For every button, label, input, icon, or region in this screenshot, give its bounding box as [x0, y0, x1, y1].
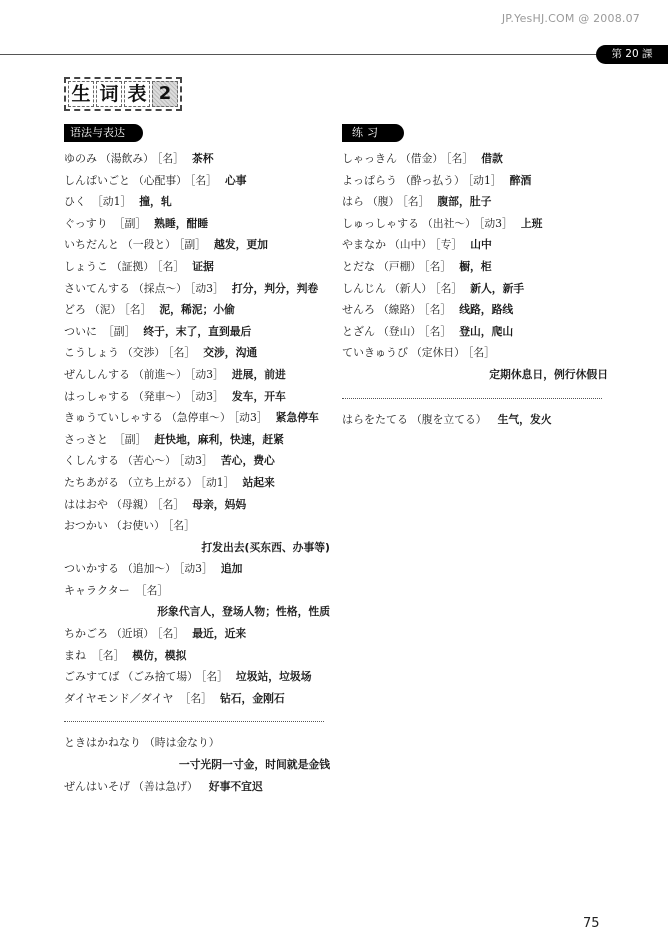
vocab-entry: ちかごろ（近頃）［名］最近，近来 — [64, 623, 334, 645]
entry-part-of-speech: ［名］ — [201, 670, 228, 683]
section-badge-practice: 练习 — [342, 124, 404, 142]
entry-meaning: 赶快地，麻利，快速，赶紧 — [154, 433, 284, 446]
entry-reading: ていきゅうび — [342, 346, 408, 359]
entry-meaning: 泥，稀泥；小偷 — [159, 303, 235, 316]
entry-reading: しんじん — [342, 282, 386, 295]
entry-meaning: 一寸光阴一寸金，时间就是金钱 — [179, 758, 330, 771]
dotted-divider — [342, 388, 602, 399]
entry-reading: はっしゃする — [64, 390, 130, 403]
phrase-list-left: ときはかねなり（時は金なり）一寸光阴一寸金，时间就是金钱ぜんはいそげ（善は急げ）… — [64, 732, 334, 797]
entry-kanji: （追加～） — [122, 562, 176, 575]
vocab-entry: ぐっすり［副］熟睡，酣睡 — [64, 213, 334, 235]
entry-reading: くしんする — [64, 454, 119, 467]
entry-part-of-speech: ［动3］ — [179, 454, 213, 467]
vocab-entry: まね［名］模仿，模拟 — [64, 645, 334, 667]
entry-continuation: 定期休息日，例行休假日 — [342, 364, 612, 386]
vocab-entry: はらをたてる（腹を立てる）生气，发火 — [342, 409, 612, 431]
vocab-entry: ゆのみ（湯飲み）［名］茶杯 — [64, 148, 334, 170]
entry-meaning: 追加 — [221, 562, 243, 575]
page-title: 生 词 表 2 — [64, 77, 182, 111]
vocab-entry: ごみすてば（ごみ捨て場）［名］垃圾站，垃圾场 — [64, 666, 334, 688]
entry-meaning: 醉酒 — [510, 174, 532, 187]
entry-meaning: 最近，近来 — [192, 627, 246, 640]
entry-meaning: 定期休息日，例行休假日 — [489, 368, 608, 381]
entry-meaning: 线路，路线 — [459, 303, 513, 316]
title-number: 2 — [152, 81, 178, 107]
entry-reading: おつかい — [64, 519, 108, 532]
vocab-entry: どろ（泥）［名］泥，稀泥；小偷 — [64, 299, 334, 321]
vocab-entry: こうしょう（交渉）［名］交涉，沟通 — [64, 342, 334, 364]
dotted-divider — [64, 711, 324, 722]
entry-kanji: （急停車～） — [166, 411, 231, 424]
entry-kanji: （証拠） — [111, 260, 154, 273]
entry-kanji: （母親） — [111, 498, 154, 511]
entry-kanji: （山中） — [389, 238, 432, 251]
entry-part-of-speech: ［名］ — [424, 260, 451, 273]
entry-part-of-speech: ［动1］ — [201, 476, 235, 489]
entry-part-of-speech: ［名］ — [468, 346, 495, 359]
entry-part-of-speech: ［动1］ — [92, 195, 131, 208]
entry-kanji: （交渉） — [122, 346, 165, 359]
entry-meaning: 母亲，妈妈 — [192, 498, 246, 511]
entry-reading: ついに — [64, 325, 97, 338]
entry-meaning: 撞，轧 — [139, 195, 171, 208]
entry-part-of-speech: ［名］ — [136, 584, 168, 597]
entry-meaning: 新人，新手 — [470, 282, 524, 295]
entry-meaning: 借款 — [481, 152, 503, 165]
entry-meaning: 山中 — [470, 238, 492, 251]
vocab-entry: ついかする（追加～）［动3］追加 — [64, 558, 334, 580]
entry-kanji: （採点～） — [133, 282, 187, 295]
entry-continuation: 一寸光阴一寸金，时间就是金钱 — [64, 754, 334, 776]
entry-reading: ははおや — [64, 498, 108, 511]
entry-reading: ぐっすり — [64, 217, 108, 230]
vocab-entry: キャラクター［名］ — [64, 580, 334, 602]
title-char: 表 — [124, 81, 150, 107]
vocab-entry: ぜんはいそげ（善は急げ）好事不宜迟 — [64, 776, 334, 798]
entry-continuation: 形象代言人，登场人物；性格，性质 — [64, 601, 334, 623]
vocab-entry: さいてんする（採点～）［动3］打分，判分，判卷 — [64, 278, 334, 300]
entry-reading: どろ — [64, 303, 86, 316]
entry-meaning: 心事 — [225, 174, 247, 187]
entry-reading: しょうこ — [64, 260, 108, 273]
entry-part-of-speech: ［动3］ — [190, 282, 224, 295]
vocab-entry: はら（腹）［名］腹部，肚子 — [342, 191, 612, 213]
entry-part-of-speech: ［名］ — [157, 627, 184, 640]
phrase-list-right: はらをたてる（腹を立てる）生气，发火 — [342, 409, 612, 431]
vocab-entry: しんぱいごと（心配事）［名］心事 — [64, 170, 334, 192]
vocab-entry: しんじん（新人）［名］新人，新手 — [342, 278, 612, 300]
vocab-entry: いちだんと（一段と）［副］越发，更加 — [64, 234, 334, 256]
entry-part-of-speech: ［副］ — [114, 217, 146, 230]
entry-meaning: 打发出去(买东西、办事等) — [201, 541, 330, 554]
entry-reading: はらをたてる — [342, 413, 408, 426]
entry-part-of-speech: ［名］ — [424, 303, 451, 316]
vocab-entry: しゅっしゃする（出社～）［动3］上班 — [342, 213, 612, 235]
entry-part-of-speech: ［名］ — [190, 174, 217, 187]
vocab-entry: ときはかねなり（時は金なり） — [64, 732, 334, 754]
header-rule — [0, 54, 600, 55]
entry-part-of-speech: ［副］ — [103, 325, 135, 338]
entry-reading: しんぱいごと — [64, 174, 130, 187]
entry-part-of-speech: ［副］ — [114, 433, 146, 446]
entry-part-of-speech: ［名］ — [157, 498, 184, 511]
entry-part-of-speech: ［动3］ — [190, 390, 224, 403]
entry-part-of-speech: ［名］ — [435, 282, 462, 295]
entry-meaning: 钻石，金刚石 — [220, 692, 285, 705]
entry-reading: ごみすてば — [64, 670, 119, 683]
entry-part-of-speech: ［副］ — [179, 238, 206, 251]
entry-meaning: 上班 — [521, 217, 543, 230]
vocab-entry: ていきゅうび（定休日）［名］ — [342, 342, 612, 364]
entry-kanji: （泥） — [89, 303, 121, 316]
entry-part-of-speech: ［动3］ — [479, 217, 513, 230]
entry-kanji: （お使い） — [111, 519, 165, 532]
entry-part-of-speech: ［名］ — [168, 346, 195, 359]
entry-reading: ダイヤモンド／ダイヤ — [64, 692, 174, 705]
entry-reading: はら — [342, 195, 364, 208]
vocab-entry: たちあがる（立ち上がる）［动1］站起来 — [64, 472, 334, 494]
vocab-entry: ははおや（母親）［名］母亲，妈妈 — [64, 494, 334, 516]
entry-part-of-speech: ［名］ — [402, 195, 429, 208]
entry-meaning: 茶杯 — [192, 152, 214, 165]
watermark: JP.YesHJ.COM @ 2008.07 — [502, 12, 640, 25]
entry-kanji: （時は金なり） — [144, 736, 220, 749]
entry-reading: さっさと — [64, 433, 108, 446]
entry-meaning: 腹部，肚子 — [437, 195, 491, 208]
entry-part-of-speech: ［专］ — [435, 238, 462, 251]
entry-kanji: （酔っ払う） — [400, 174, 465, 187]
entry-part-of-speech: ［动3］ — [179, 562, 213, 575]
entry-kanji: （腹） — [367, 195, 399, 208]
entry-part-of-speech: ［名］ — [92, 649, 124, 662]
title-char: 生 — [68, 81, 94, 107]
entry-reading: さいてんする — [64, 282, 130, 295]
entry-reading: よっぱらう — [342, 174, 397, 187]
vocab-entry: せんろ（線路）［名］线路，路线 — [342, 299, 612, 321]
vocab-entry: しょうこ（証拠）［名］证据 — [64, 256, 334, 278]
entry-meaning: 生气，发火 — [498, 413, 552, 426]
entry-kanji: （善は急げ） — [133, 780, 198, 793]
entry-reading: たちあがる — [64, 476, 119, 489]
entry-continuation: 打发出去(买东西、办事等) — [64, 537, 334, 559]
vocab-entry: とざん（登山）［名］登山，爬山 — [342, 321, 612, 343]
entry-meaning: 站起来 — [242, 476, 274, 489]
title-char: 词 — [96, 81, 122, 107]
entry-kanji: （戸棚） — [378, 260, 421, 273]
page-number: 75 — [583, 916, 600, 931]
entry-reading: ひく — [64, 195, 86, 208]
vocab-entry: ダイヤモンド／ダイヤ［名］钻石，金刚石 — [64, 688, 334, 710]
entry-reading: こうしょう — [64, 346, 119, 359]
entry-meaning: 发车，开车 — [232, 390, 286, 403]
right-column: 练习 しゃっきん（借金）［名］借款よっぱらう（酔っ払う）［动1］醉酒はら（腹）［… — [342, 121, 612, 430]
entry-kanji: （出社～） — [422, 217, 476, 230]
entry-meaning: 紧急停车 — [276, 411, 319, 424]
entry-kanji: （登山） — [378, 325, 421, 338]
entry-part-of-speech: ［名］ — [124, 303, 151, 316]
entry-kanji: （心配事） — [133, 174, 187, 187]
entry-reading: いちだんと — [64, 238, 119, 251]
entry-part-of-speech: ［名］ — [157, 260, 184, 273]
vocab-entry: しゃっきん（借金）［名］借款 — [342, 148, 612, 170]
entry-reading: せんろ — [342, 303, 375, 316]
left-column: 语法与表达 ゆのみ（湯飲み）［名］茶杯しんぱいごと（心配事）［名］心事ひく［动1… — [64, 121, 334, 797]
entry-kanji: （苦心～） — [122, 454, 176, 467]
entry-meaning: 打分，判分，判卷 — [232, 282, 318, 295]
entry-part-of-speech: ［动3］ — [234, 411, 268, 424]
entry-reading: やまなか — [342, 238, 386, 251]
entry-kanji: （借金） — [400, 152, 443, 165]
entry-part-of-speech: ［名］ — [168, 519, 195, 532]
entry-meaning: 终于，末了，直到最后 — [143, 325, 251, 338]
entry-reading: ついかする — [64, 562, 119, 575]
entry-meaning: 模仿，模拟 — [132, 649, 186, 662]
entry-kanji: （ごみ捨て場） — [122, 670, 198, 683]
section-badge-grammar: 语法与表达 — [64, 124, 143, 142]
entry-meaning: 进展，前进 — [232, 368, 286, 381]
entry-reading: ぜんはいそげ — [64, 780, 130, 793]
entry-kanji: （線路） — [378, 303, 421, 316]
vocab-entry: やまなか（山中）［专］山中 — [342, 234, 612, 256]
vocab-entry: くしんする（苦心～）［动3］苦心，费心 — [64, 450, 334, 472]
entry-part-of-speech: ［名］ — [180, 692, 212, 705]
entry-kanji: （前進～） — [133, 368, 187, 381]
entry-meaning: 熟睡，酣睡 — [154, 217, 208, 230]
entry-meaning: 垃圾站，垃圾场 — [236, 670, 312, 683]
entry-part-of-speech: ［动3］ — [190, 368, 224, 381]
entry-part-of-speech: ［名］ — [157, 152, 184, 165]
entry-reading: ときはかねなり — [64, 736, 141, 749]
entry-kanji: （一段と） — [122, 238, 176, 251]
entry-meaning: 证据 — [192, 260, 214, 273]
vocab-entry: とだな（戸棚）［名］橱，柜 — [342, 256, 612, 278]
entry-part-of-speech: ［动1］ — [468, 174, 502, 187]
entry-kanji: （新人） — [389, 282, 432, 295]
entry-kanji: （湯飲み） — [100, 152, 154, 165]
entry-reading: ゆのみ — [64, 152, 97, 165]
entry-meaning: 好事不宜迟 — [209, 780, 263, 793]
entry-meaning: 登山，爬山 — [459, 325, 513, 338]
vocab-list-right: しゃっきん（借金）［名］借款よっぱらう（酔っ払う）［动1］醉酒はら（腹）［名］腹… — [342, 148, 612, 386]
vocab-entry: ついに［副］终于，末了，直到最后 — [64, 321, 334, 343]
vocab-entry: ひく［动1］撞，轧 — [64, 191, 334, 213]
vocab-entry: おつかい（お使い）［名］ — [64, 515, 334, 537]
entry-reading: きゅうていしゃする — [64, 411, 163, 424]
entry-reading: とだな — [342, 260, 375, 273]
vocab-list-left: ゆのみ（湯飲み）［名］茶杯しんぱいごと（心配事）［名］心事ひく［动1］撞，轧ぐっ… — [64, 148, 334, 709]
vocab-entry: ぜんしんする（前進～）［动3］进展，前进 — [64, 364, 334, 386]
entry-reading: しゃっきん — [342, 152, 397, 165]
entry-meaning: 橱，柜 — [459, 260, 491, 273]
entry-meaning: 交涉，沟通 — [203, 346, 257, 359]
entry-reading: まね — [64, 649, 86, 662]
entry-reading: とざん — [342, 325, 375, 338]
entry-reading: ちかごろ — [64, 627, 108, 640]
lesson-badge: 第 20 課 — [596, 45, 668, 64]
entry-reading: ぜんしんする — [64, 368, 130, 381]
entry-kanji: （立ち上がる） — [122, 476, 198, 489]
entry-kanji: （発車～） — [133, 390, 187, 403]
entry-part-of-speech: ［名］ — [446, 152, 473, 165]
vocab-entry: きゅうていしゃする（急停車～）［动3］紧急停车 — [64, 407, 334, 429]
vocab-entry: はっしゃする（発車～）［动3］发车，开车 — [64, 386, 334, 408]
entry-meaning: 越发，更加 — [214, 238, 268, 251]
entry-meaning: 形象代言人，登场人物；性格，性质 — [157, 605, 330, 618]
entry-reading: キャラクター — [64, 584, 130, 597]
entry-part-of-speech: ［名］ — [424, 325, 451, 338]
entry-reading: しゅっしゃする — [342, 217, 419, 230]
entry-kanji: （定休日） — [411, 346, 465, 359]
vocab-entry: さっさと［副］赶快地，麻利，快速，赶紧 — [64, 429, 334, 451]
entry-kanji: （近頃） — [111, 627, 154, 640]
entry-kanji: （腹を立てる） — [411, 413, 487, 426]
vocab-entry: よっぱらう（酔っ払う）［动1］醉酒 — [342, 170, 612, 192]
entry-meaning: 苦心，费心 — [221, 454, 275, 467]
